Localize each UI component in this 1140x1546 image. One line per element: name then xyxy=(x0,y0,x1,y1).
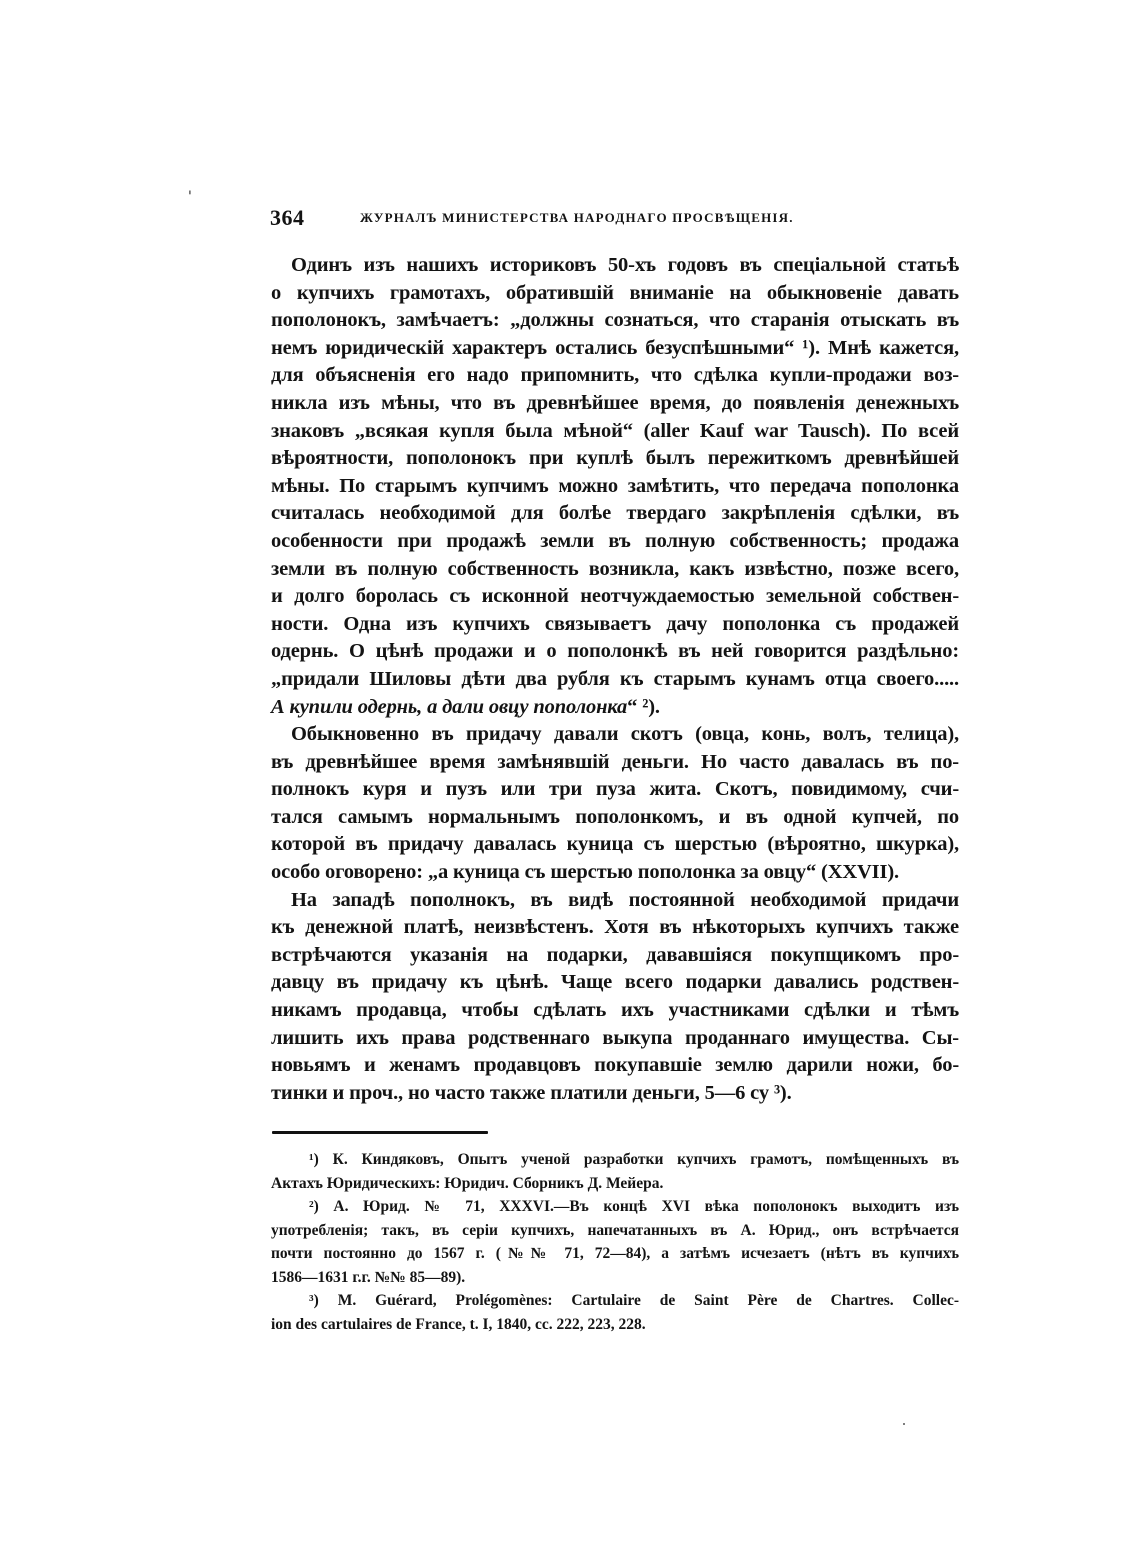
footnotes: ¹) К. Киндяковъ, Опытъ ученой разработки… xyxy=(271,1148,959,1336)
paragraph-2-line: которой въ придачу давалась куница съ ше… xyxy=(271,831,959,859)
paragraph-2-line: полнокъ куря и пузъ или три пуза жита. С… xyxy=(271,776,959,804)
footnote-3-line: ³) M. Guérard, Prolégomènes: Cartulaire … xyxy=(271,1289,959,1313)
footnote-1-line: Актахъ Юридическихъ: Юридич. Сборникъ Д.… xyxy=(271,1172,959,1196)
paragraph-1-line: немъ юридическій характеръ остались безу… xyxy=(271,335,959,363)
paragraph-3-line: новьямъ и женамъ продавцовъ покупавшіе з… xyxy=(271,1052,959,1080)
paragraph-3-line: встрѣчаются указанія на подарки, дававші… xyxy=(271,942,959,970)
stray-ink-mark: ' xyxy=(188,189,192,205)
paragraph-1-line: вѣроятности, пополонокъ при куплѣ былъ п… xyxy=(271,445,959,473)
running-head: 364 ЖУРНАЛЪ МИНИСТЕРСТВА НАРОДНАГО ПРОСВ… xyxy=(270,205,960,231)
paragraph-3-line: давцу въ придачу къ цѣнѣ. Чаще всего под… xyxy=(271,969,959,997)
paragraph-1-line: „придали Шиловы дѣти два рубля къ старым… xyxy=(271,666,959,694)
paragraph-1-line: и долго боролась съ исконной неотчуждаем… xyxy=(271,583,959,611)
paragraph-3-line: тинки и проч., но часто также платили де… xyxy=(271,1080,959,1108)
paragraph-1-line-italic-quote: А купили одернь, а дали овцу пополонка“ … xyxy=(271,694,959,722)
paragraph-2-line: особо оговорено: „а куница съ шерстью по… xyxy=(271,859,959,887)
page-number: 364 xyxy=(270,205,305,231)
footnote-2-line: употребленія; такъ, въ серіи купчихъ, на… xyxy=(271,1219,959,1243)
paragraph-1-line: для объясненія его надо припомнить, что … xyxy=(271,362,959,390)
paragraph-1-line: ности. Одна изъ купчихъ связываетъ дачу … xyxy=(271,611,959,639)
paragraph-1-line: знаковъ „всякая купля была мѣной“ (aller… xyxy=(271,418,959,446)
document-page: ' 364 ЖУРНАЛЪ МИНИСТЕРСТВА НАРОДНАГО ПРО… xyxy=(0,0,1140,1546)
italic-quote: А купили одернь, а дали овцу пополонка xyxy=(271,696,627,718)
paragraph-2-line: Обыкновенно въ придачу давали скотъ (овц… xyxy=(271,721,959,749)
footnote-2-line: 1586—1631 г.г. №№ 85—89). xyxy=(271,1266,959,1290)
footnote-separator-rule xyxy=(272,1131,488,1134)
paragraph-3-line: лишить ихъ права родственнаго выкупа про… xyxy=(271,1025,959,1053)
paragraph-1-line: особенности при продажѣ земли въ полную … xyxy=(271,528,959,556)
footnote-2-line: ²) А. Юрид. № 71, XXXVI.—Въ концѣ XVI вѣ… xyxy=(271,1195,959,1219)
footnote-2-line: почти постоянно до 1567 г. (№№ 71, 72—84… xyxy=(271,1242,959,1266)
footnote-1-line: ¹) К. Киндяковъ, Опытъ ученой разработки… xyxy=(271,1148,959,1172)
footnote-3-line: ion des cartulaires de France, t. I, 184… xyxy=(271,1313,959,1337)
paragraph-1-line: считалась необходимой для болѣе твердаго… xyxy=(271,500,959,528)
paragraph-1-line: Одинъ изъ нашихъ историковъ 50-хъ годовъ… xyxy=(271,252,959,280)
paragraph-3-line: къ денежной платѣ, неизвѣстенъ. Хотя въ … xyxy=(271,914,959,942)
paragraph-3-line: На западѣ пополнокъ, въ видѣ постоянной … xyxy=(271,887,959,915)
paragraph-1-line: пополонокъ, замѣчаетъ: „должны сознаться… xyxy=(271,307,959,335)
journal-title: ЖУРНАЛЪ МИНИСТЕРСТВА НАРОДНАГО ПРОСВѢЩЕН… xyxy=(360,210,794,226)
paragraph-2-line: въ древнѣйшее время замѣнявшій деньги. Н… xyxy=(271,749,959,777)
paragraph-1-line: земли въ полную собственность возникла, … xyxy=(271,556,959,584)
paragraph-1-line: о купчихъ грамотахъ, обратившій вниманіе… xyxy=(271,280,959,308)
paper-speck xyxy=(903,1423,905,1425)
paragraph-1-line: одернь. О цѣнѣ продажи и о пополонкѣ въ … xyxy=(271,638,959,666)
footnote-ref-2: “ ²). xyxy=(627,696,660,718)
body-text: Одинъ изъ нашихъ историковъ 50-хъ годовъ… xyxy=(271,252,959,1107)
paragraph-2-line: тался самымъ нормальнымъ пополонкомъ, и … xyxy=(271,804,959,832)
paragraph-1-line: никла изъ мѣны, что въ древнѣйшее время,… xyxy=(271,390,959,418)
paragraph-1-line: мѣны. По старымъ купчимъ можно замѣтить,… xyxy=(271,473,959,501)
paragraph-3-line: никамъ продавца, чтобы сдѣлать ихъ участ… xyxy=(271,997,959,1025)
